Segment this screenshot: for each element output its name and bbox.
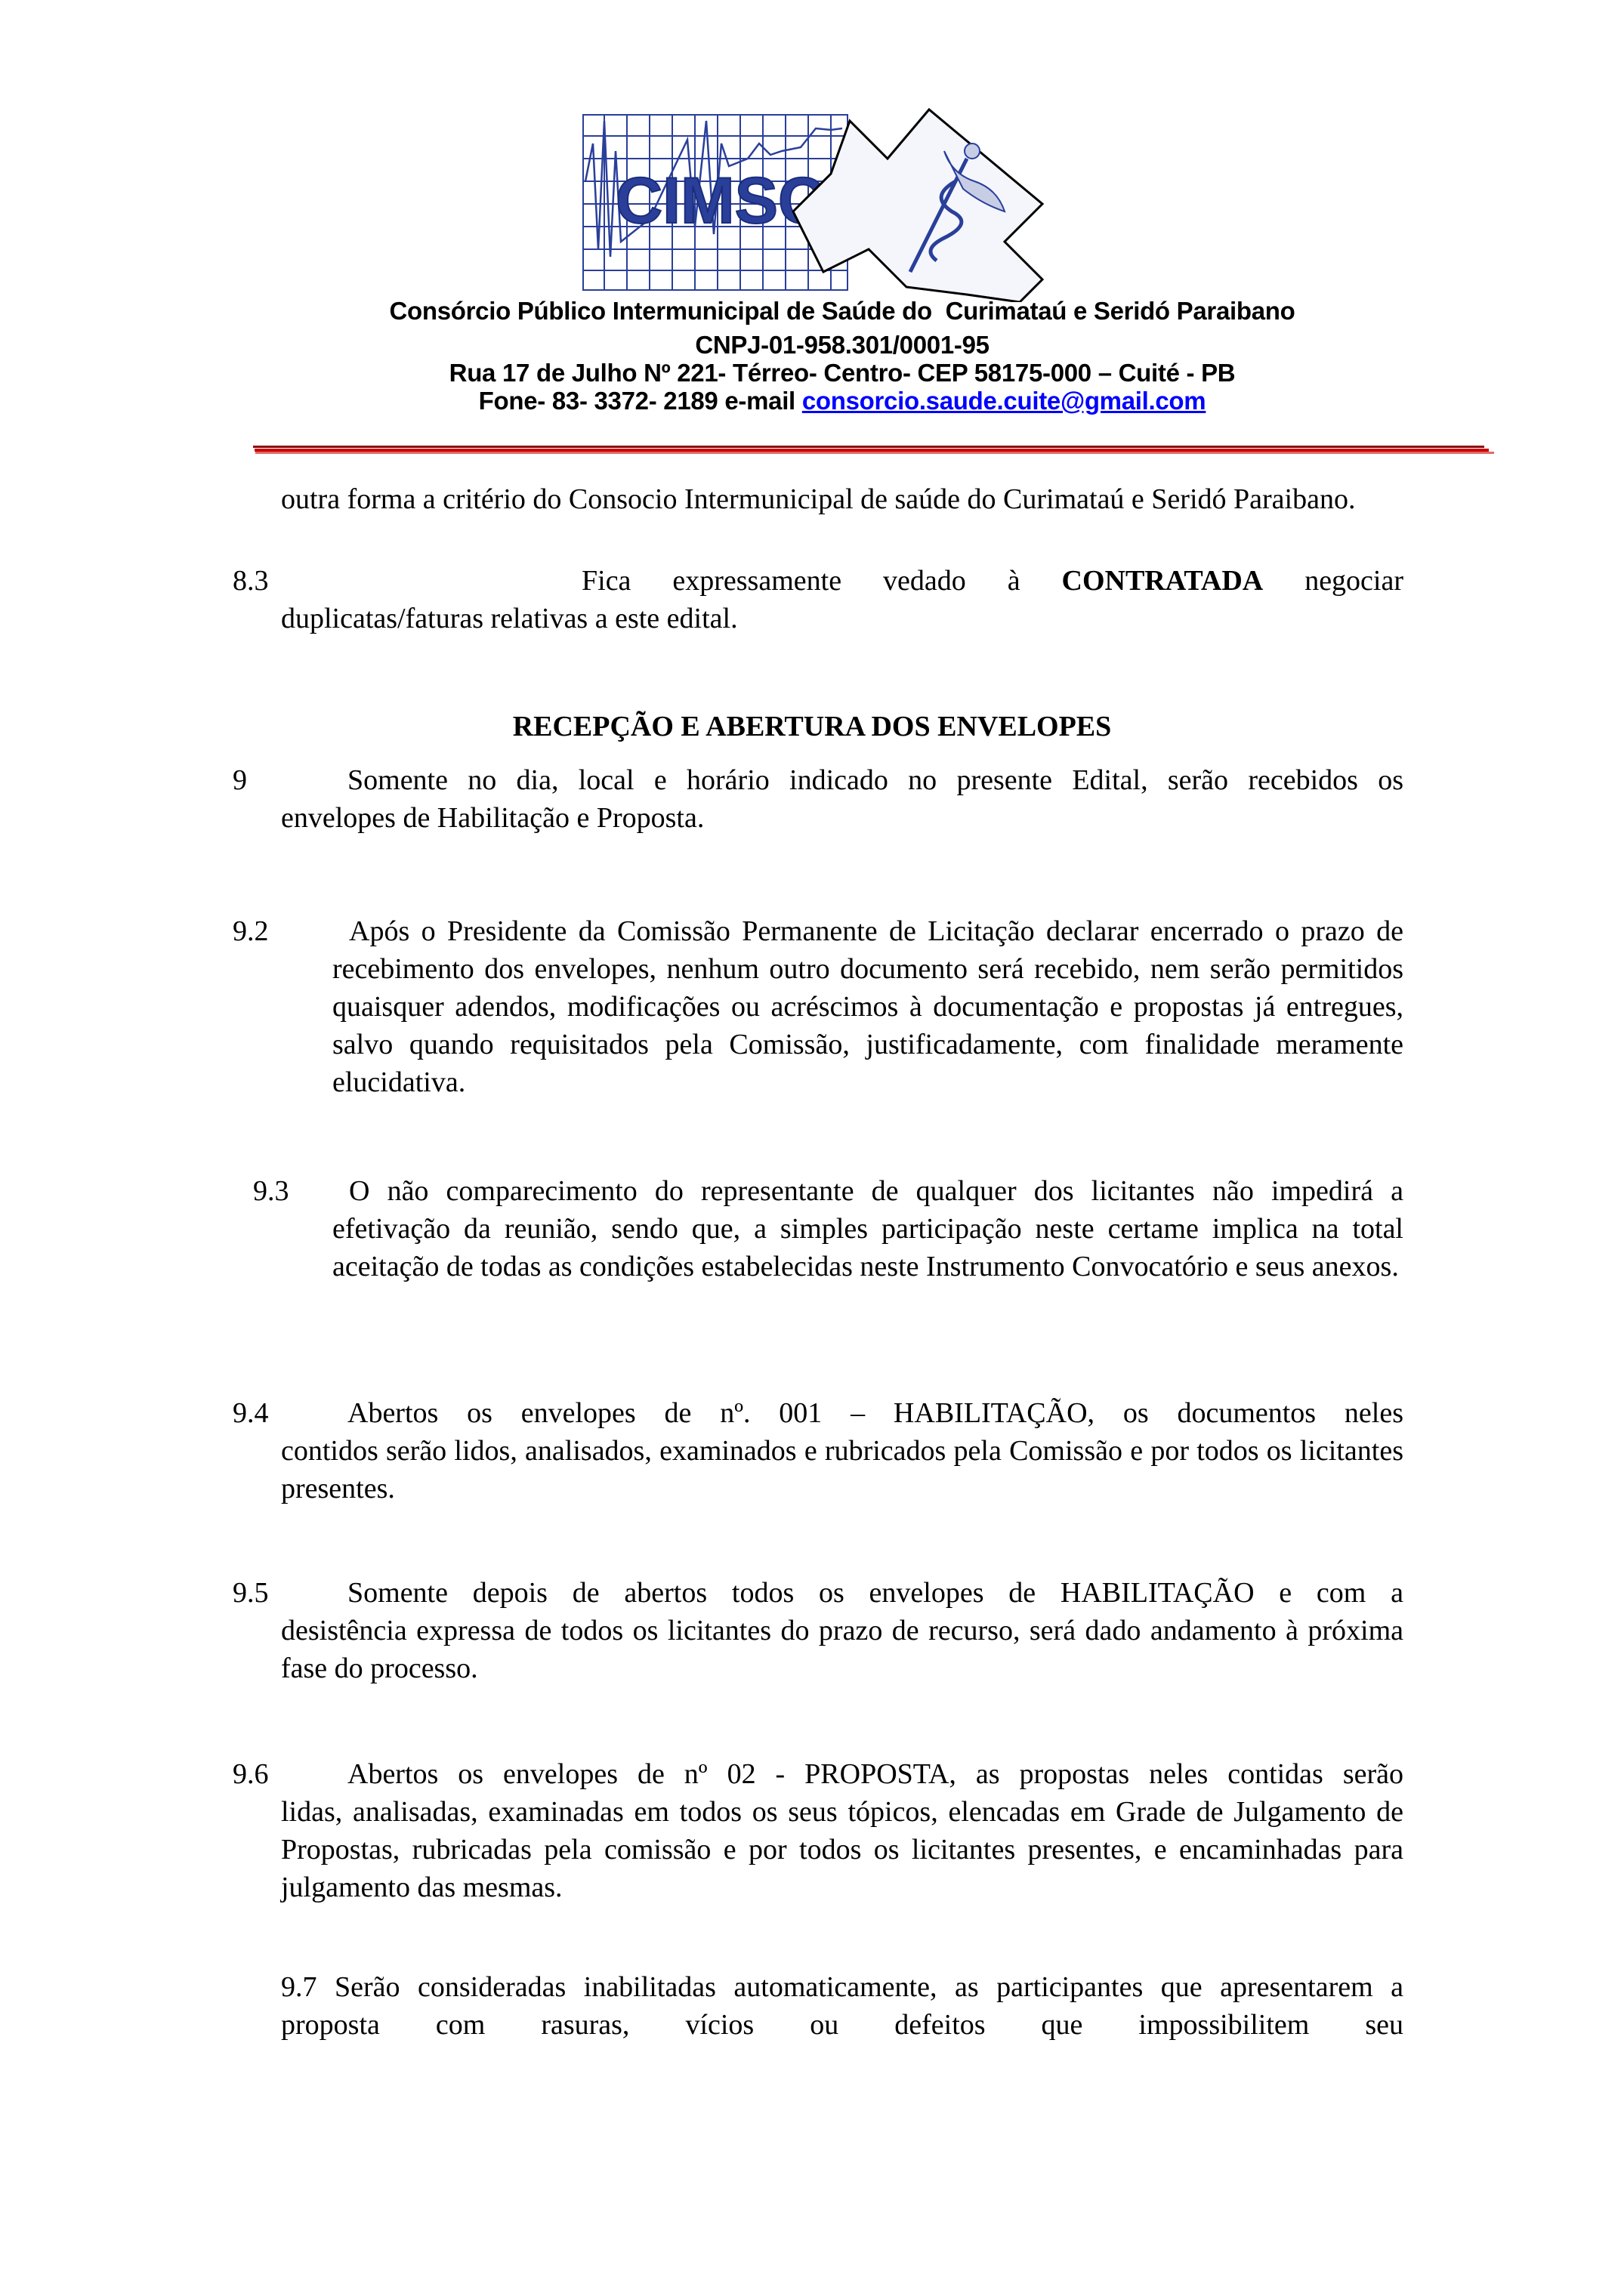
item-9-2-text: Após o Presidente da Comissão Permanente… (332, 912, 1403, 1101)
continuation-paragraph: outra forma a critério do Consocio Inter… (281, 480, 1403, 518)
item-9-7-text: 9.7 Serão consideradas inabilitadas auto… (281, 1968, 1403, 2044)
item-9-6-rest: lidas, analisadas, examinadas em todos o… (281, 1793, 1403, 1906)
section-heading: RECEPÇÃO E ABERTURA DOS ENVELOPES (0, 710, 1624, 743)
item-number-9-5: 9.5 (233, 1574, 269, 1612)
item-number-9-2: 9.2 (233, 912, 269, 950)
item-number-9-6: 9.6 (233, 1755, 269, 1793)
item-9-rest: envelopes de Habilitação e Proposta. (281, 799, 1403, 837)
item-9-4-line1: Abertos os envelopes de nº. 001 – HABILI… (347, 1394, 1403, 1432)
item-number-9: 9 (233, 761, 247, 799)
contact-line: Fone- 83- 3372- 2189 e-mail consorcio.sa… (249, 387, 1435, 415)
cimsc-logo: CIMSC (574, 98, 1065, 302)
item-number-9-4: 9.4 (233, 1394, 269, 1432)
item-9-3-text: O não comparecimento do representante de… (332, 1172, 1403, 1285)
org-name: Consórcio Público Intermunicipal de Saúd… (249, 297, 1435, 326)
item-9-line1: Somente no dia, local e horário indicado… (347, 761, 1403, 799)
item-9-5-rest: desistência expressa de todos os licitan… (281, 1612, 1403, 1687)
item-8-3-line1: Fica expressamente vedado à CONTRATADA n… (582, 562, 1403, 600)
address: Rua 17 de Julho Nº 221- Térreo- Centro- … (249, 359, 1435, 387)
logo-text: CIMSC (616, 165, 825, 237)
item-9-4-rest: contidos serão lidos, analisados, examin… (281, 1432, 1403, 1508)
phone-text: Fone- 83- 3372- 2189 e-mail (479, 387, 802, 415)
cnpj: CNPJ-01-958.301/0001-95 (249, 331, 1435, 360)
item-9-5-line1: Somente depois de abertos todos os envel… (347, 1574, 1403, 1612)
item-number-9-3: 9.3 (253, 1172, 289, 1210)
item-number-9-7: 9.7 (281, 1971, 317, 2003)
item-9-6-line1: Abertos os envelopes de nº 02 - PROPOSTA… (347, 1755, 1403, 1793)
document-page: CIMSC Consórcio Público Intermunicipal d… (0, 0, 1624, 2296)
item-8-3-line2: duplicatas/faturas relativas a este edit… (281, 600, 1403, 637)
header-divider (253, 446, 1492, 456)
contratada-bold: CONTRATADA (1062, 565, 1264, 597)
item-number-8-3: 8.3 (233, 562, 269, 600)
email-link[interactable]: consorcio.saude.cuite@gmail.com (802, 387, 1206, 415)
